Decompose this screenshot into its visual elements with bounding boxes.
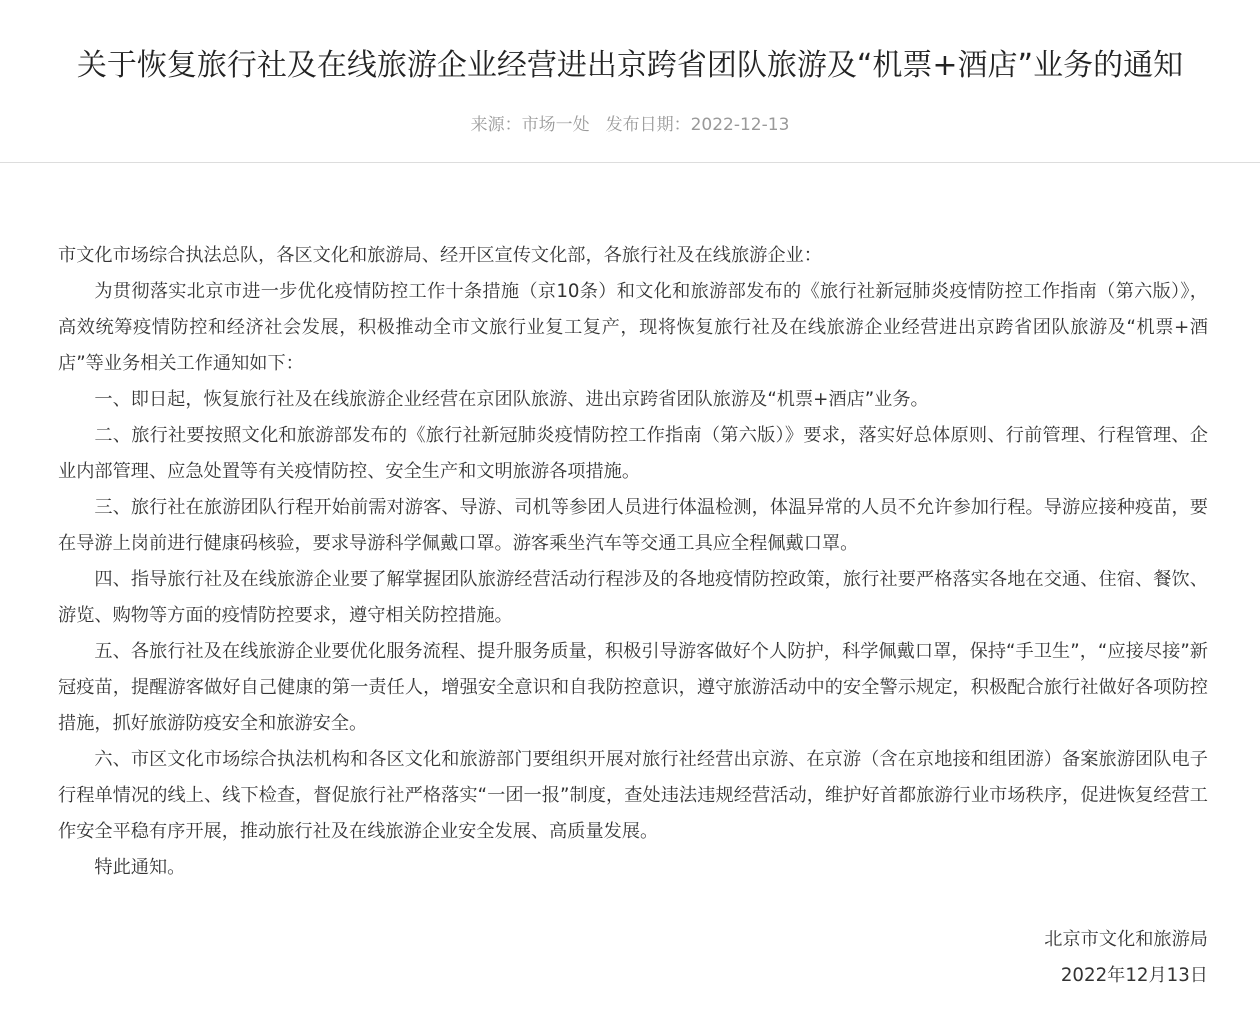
clause-1: 一、即日起，恢复旅行社及在线旅游企业经营在京团队旅游、进出京跨省团队旅游及“机票… [58, 382, 1208, 418]
source-label: 来源： [471, 112, 522, 138]
closing-line: 特此通知。 [58, 850, 1208, 886]
clause-2: 二、旅行社要按照文化和旅游部发布的《旅行社新冠肺炎疫情防控工作指南（第六版）》要… [58, 418, 1208, 490]
signature-date: 2022年12月13日 [1044, 958, 1208, 994]
signature-block: 北京市文化和旅游局 2022年12月13日 [1044, 922, 1208, 994]
article-header: 关于恢复旅行社及在线旅游企业经营进出京跨省团队旅游及“机票+酒店”业务的通知 来… [0, 0, 1260, 163]
page-title: 关于恢复旅行社及在线旅游企业经营进出京跨省团队旅游及“机票+酒店”业务的通知 [0, 44, 1260, 88]
source-value: 市场一处 [522, 112, 590, 138]
clause-3: 三、旅行社在旅游团队行程开始前需对游客、导游、司机等参团人员进行体温检测，体温异… [58, 490, 1208, 562]
publish-date: 2022-12-13 [691, 112, 790, 138]
clause-4: 四、指导旅行社及在线旅游企业要了解掌握团队旅游经营活动行程涉及的各地疫情防控政策… [58, 562, 1208, 634]
signature-organization: 北京市文化和旅游局 [1044, 922, 1208, 958]
clause-5: 五、各旅行社及在线旅游企业要优化服务流程、提升服务质量，积极引导游客做好个人防护… [58, 634, 1208, 742]
salutation: 市文化市场综合执法总队，各区文化和旅游局、经开区宣传文化部，各旅行社及在线旅游企… [58, 238, 1208, 274]
clause-6: 六、市区文化市场综合执法机构和各区文化和旅游部门要组织开展对旅行社经营出京游、在… [58, 742, 1208, 850]
article-body: 市文化市场综合执法总队，各区文化和旅游局、经开区宣传文化部，各旅行社及在线旅游企… [58, 238, 1208, 886]
article-meta: 来源：市场一处发布日期：2022-12-13 [0, 112, 1260, 138]
intro-paragraph: 为贯彻落实北京市进一步优化疫情防控工作十条措施（京10条）和文化和旅游部发布的《… [58, 274, 1208, 382]
date-label: 发布日期： [606, 112, 691, 138]
